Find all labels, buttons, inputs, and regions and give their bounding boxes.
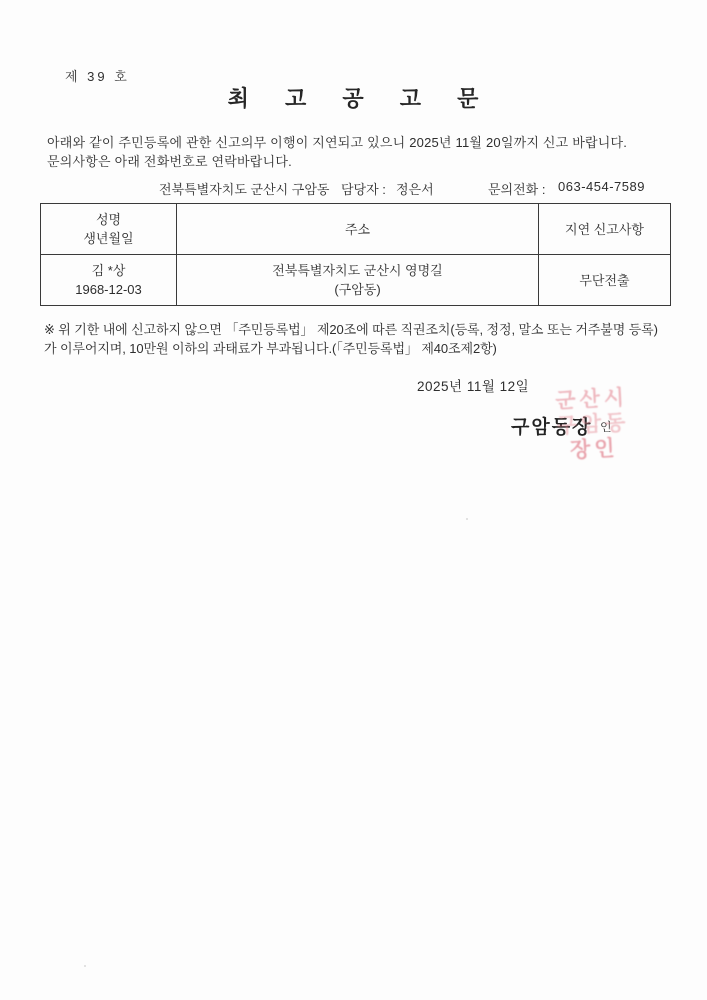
office-name: 전북특별자치도 군산시 구암동 bbox=[159, 179, 329, 198]
seal-mark: 인 bbox=[600, 418, 612, 435]
table-row: 김 *상 1968-12-03 전북특별자치도 군산시 영명길 (구암동) 무단… bbox=[41, 255, 671, 306]
header-name-birth: 성명 생년월일 bbox=[41, 204, 177, 255]
scan-speckle bbox=[84, 965, 86, 967]
header-address: 주소 bbox=[177, 204, 539, 255]
document-title: 최 고 공 고 문 bbox=[0, 82, 707, 113]
signature: 구암동장 인 bbox=[0, 410, 707, 440]
cell-name-birth: 김 *상 1968-12-03 bbox=[41, 255, 177, 306]
header-delay-item: 지연 신고사항 bbox=[539, 204, 671, 255]
cell-delay-item: 무단전출 bbox=[539, 255, 671, 306]
cell-address: 전북특별자치도 군산시 영명길 (구암동) bbox=[177, 255, 539, 306]
notice-table: 성명 생년월일 주소 지연 신고사항 김 *상 1968-12-03 전북특별자… bbox=[40, 203, 671, 306]
signer-title: 구암동장 bbox=[511, 412, 592, 439]
footnote: ※ 위 기한 내에 신고하지 않으면 「주민등록법」 제20조에 따른 직권조치… bbox=[44, 320, 664, 358]
phone-number: 063-454-7589 bbox=[558, 179, 645, 194]
manager-label: 담당자 : bbox=[341, 179, 386, 198]
manager-name: 정은서 bbox=[396, 179, 434, 198]
intro-line-2: 문의사항은 아래 전화번호로 연락바랍니다. bbox=[47, 153, 292, 171]
table-header-row: 성명 생년월일 주소 지연 신고사항 bbox=[41, 204, 671, 255]
issue-date: 2025년 11월 12일 bbox=[417, 375, 529, 395]
intro-line-1: 아래와 같이 주민등록에 관한 신고의무 이행이 지연되고 있으니 2025년 … bbox=[47, 134, 627, 152]
phone-label: 문의전화 : bbox=[488, 179, 545, 198]
document-page: 제 39 호 최 고 공 고 문 아래와 같이 주민등록에 관한 신고의무 이행… bbox=[0, 0, 707, 1000]
scan-speckle bbox=[466, 518, 468, 520]
contact-line: 전북특별자치도 군산시 구암동 담당자 : 정은서 문의전화 : 063-454… bbox=[0, 179, 707, 195]
